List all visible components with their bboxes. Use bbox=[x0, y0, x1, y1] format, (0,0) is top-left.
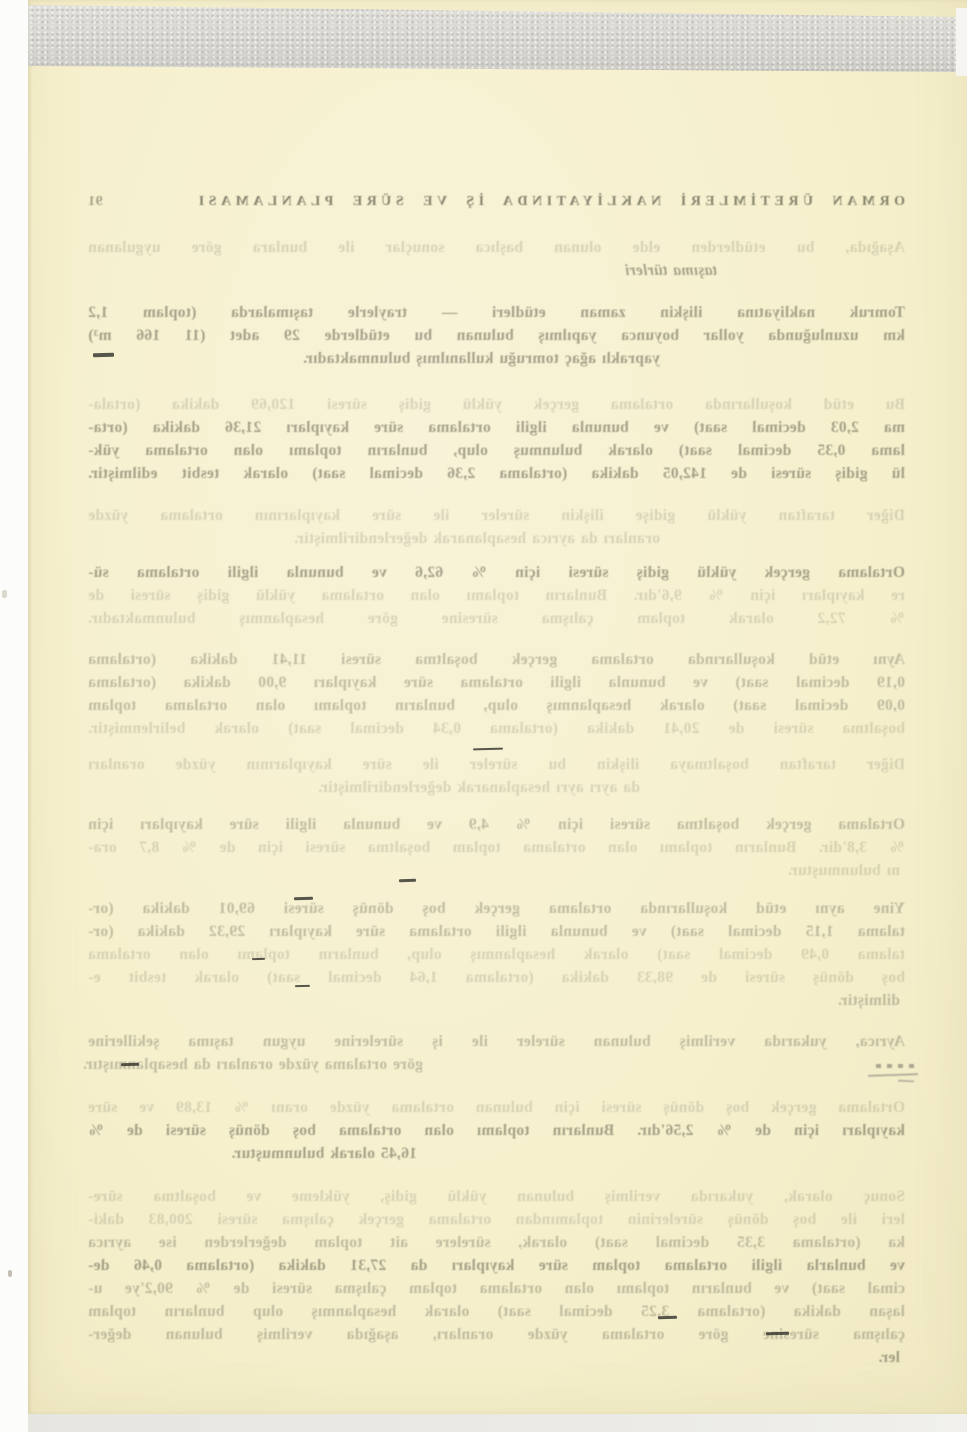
text-line: nı bulunmuştur. bbox=[788, 859, 900, 882]
paragraph: Sonuç olarak, yukarıda verilmiş bulunan … bbox=[88, 1185, 905, 1369]
pen-mark bbox=[252, 958, 265, 960]
pen-mark bbox=[766, 1332, 789, 1336]
text-line: talama 0,49 decimal saat) olarak hesapla… bbox=[88, 943, 905, 966]
text-line: Ortalama gerçek boşaltma süresi için % 4… bbox=[88, 813, 905, 836]
text-line: ma 2,03 decimal saat) ve bununla ilgili … bbox=[88, 416, 905, 439]
text-line: Ortalama gerçek boş dönüş süresi için bu… bbox=[88, 1096, 905, 1119]
scan-left-margin bbox=[0, 0, 28, 1432]
text-line: dilmiştir. bbox=[838, 989, 900, 1012]
pen-mark bbox=[294, 897, 313, 900]
text-line: lama 0,35 decimal saat) olarak bulunmuş … bbox=[88, 439, 905, 462]
dust-speck bbox=[2, 590, 7, 598]
running-header: ORMAN ÜRETİMLERİ NAKLİYATINDA İŞ VE SÜRE… bbox=[60, 190, 905, 213]
text-line: taşıma türleri bbox=[625, 259, 717, 282]
paragraph: Ortalama gerçek boşaltma süresi için % 4… bbox=[88, 813, 905, 882]
text-line: % 72,2 olarak toplam çalışma süresine gö… bbox=[88, 607, 905, 630]
paragraph: Tomruk nakliyatına ilişkin zaman etüdler… bbox=[88, 301, 905, 370]
text-line: 0,19 decimal saat) ve bununla ilgili ort… bbox=[88, 671, 905, 694]
text-line: da ayrı ayrı hesaplanarak değerlendirilm… bbox=[318, 776, 640, 799]
paragraph: Ayrıca, yukarıda verilmiş bulunan sürele… bbox=[88, 1030, 905, 1076]
scan-bottom-strip bbox=[0, 1414, 967, 1432]
pen-mark bbox=[658, 1316, 677, 1319]
text-line: ve bunlarla ilgili ortalama toplam süre … bbox=[88, 1254, 905, 1277]
header-page-number: 91 bbox=[88, 190, 103, 213]
paragraph: Yine aynı etüd koşullarında ortalama ger… bbox=[88, 897, 905, 1012]
text-line: Yine aynı etüd koşullarında ortalama ger… bbox=[88, 897, 905, 920]
paragraph: Aynı etüd koşullarında ortalama gerçek b… bbox=[88, 648, 905, 740]
text-line: km uzunluğunda yollar boyunca yapılmış b… bbox=[88, 324, 905, 347]
text-line: Diğer taraftan yüklü gidişe ilişkin süre… bbox=[88, 504, 905, 527]
text-line: 16,45 olarak bulunmuştur. bbox=[231, 1142, 417, 1165]
text-line: leri ile boş dönüş sürelerinin toplamınd… bbox=[88, 1208, 905, 1231]
paragraph: Ortalama gerçek boş dönüş süresi için bu… bbox=[88, 1096, 905, 1165]
pen-mark bbox=[93, 353, 114, 358]
pen-mark bbox=[399, 879, 416, 882]
header-title: ORMAN ÜRETİMLERİ NAKLİYATINDA İŞ VE SÜRE… bbox=[194, 190, 905, 213]
text-line: oranları da ayrıca hesaplanarak değerlen… bbox=[294, 527, 660, 550]
text-line: laşan dakika (ortalama 3,25 decimal saat… bbox=[88, 1300, 905, 1323]
scribble-tail bbox=[898, 1080, 914, 1083]
scribble-line bbox=[868, 1073, 918, 1077]
pen-mark bbox=[121, 1063, 139, 1066]
paragraph: Diğer taraftan boşaltmaya ilişkin bu sür… bbox=[88, 753, 905, 799]
text-line: lü gidiş süresi de 142,05 dakika (ortala… bbox=[88, 462, 905, 485]
text-line: Diğer taraftan boşaltmaya ilişkin bu sür… bbox=[88, 753, 905, 776]
scanned-page: ORMAN ÜRETİMLERİ NAKLİYATINDA İŞ VE SÜRE… bbox=[0, 0, 967, 1432]
text-line: yapraklı ağaç tomruğu kullanılmış bulunm… bbox=[303, 347, 660, 370]
text-line: boşaltma süresi de 20,41 dakika (ortalam… bbox=[88, 717, 905, 740]
text-line: Bu etüd koşullarında ortalama gerçek yük… bbox=[88, 393, 905, 416]
text-line: talama 1,15 decimal saat) ve bununla ilg… bbox=[88, 920, 905, 943]
text-line: boş dönüş süresi de 98,33 dakika (ortala… bbox=[88, 966, 905, 989]
paragraph: Ortalama gerçek yüklü gidiş süresi için … bbox=[88, 561, 905, 630]
text-line: Aşağıda, bu etüdlerden elde olunan başlı… bbox=[88, 236, 905, 259]
scribble-dots bbox=[876, 1064, 916, 1068]
text-line: Sonuç olarak, yukarıda verilmiş bulunan … bbox=[88, 1185, 905, 1208]
text-line: Ayrıca, yukarıda verilmiş bulunan sürele… bbox=[88, 1030, 905, 1053]
text-line: kayıpları için de % 2,56'dır. Bunların t… bbox=[88, 1119, 905, 1142]
band-right-gap bbox=[956, 8, 967, 76]
text-line: ka (ortalama 3,35 decimal saat) olarak, … bbox=[88, 1231, 905, 1254]
text-line: % 3,8'dir. Bunların toplamı olan ortalam… bbox=[88, 836, 905, 859]
text-line: ler. bbox=[878, 1346, 900, 1369]
text-line: Tomruk nakliyatına ilişkin zaman etüdler… bbox=[88, 301, 905, 324]
pen-mark bbox=[295, 985, 310, 987]
margin-scribble bbox=[868, 1062, 926, 1090]
text-line: 0,09 decimal saat) olarak hesaplanmış ol… bbox=[88, 694, 905, 717]
text-line: Aynı etüd koşullarında ortalama gerçek b… bbox=[88, 648, 905, 671]
text-line: cimal saat) ve bunların toplamı olan ort… bbox=[88, 1277, 905, 1300]
dust-speck bbox=[8, 1270, 12, 1277]
paragraph: Bu etüd koşullarında ortalama gerçek yük… bbox=[88, 393, 905, 485]
paragraph: Diğer taraftan yüklü gidişe ilişkin süre… bbox=[88, 504, 905, 550]
show-through-text: ORMAN ÜRETİMLERİ NAKLİYATINDA İŞ VE SÜRE… bbox=[88, 0, 905, 1414]
paragraph: Aşağıda, bu etüdlerden elde olunan başlı… bbox=[88, 236, 905, 282]
text-line: re kayıpları için % 9,6'dır. Bunların to… bbox=[88, 584, 905, 607]
text-line: Ortalama gerçek yüklü gidiş süresi için … bbox=[88, 561, 905, 584]
